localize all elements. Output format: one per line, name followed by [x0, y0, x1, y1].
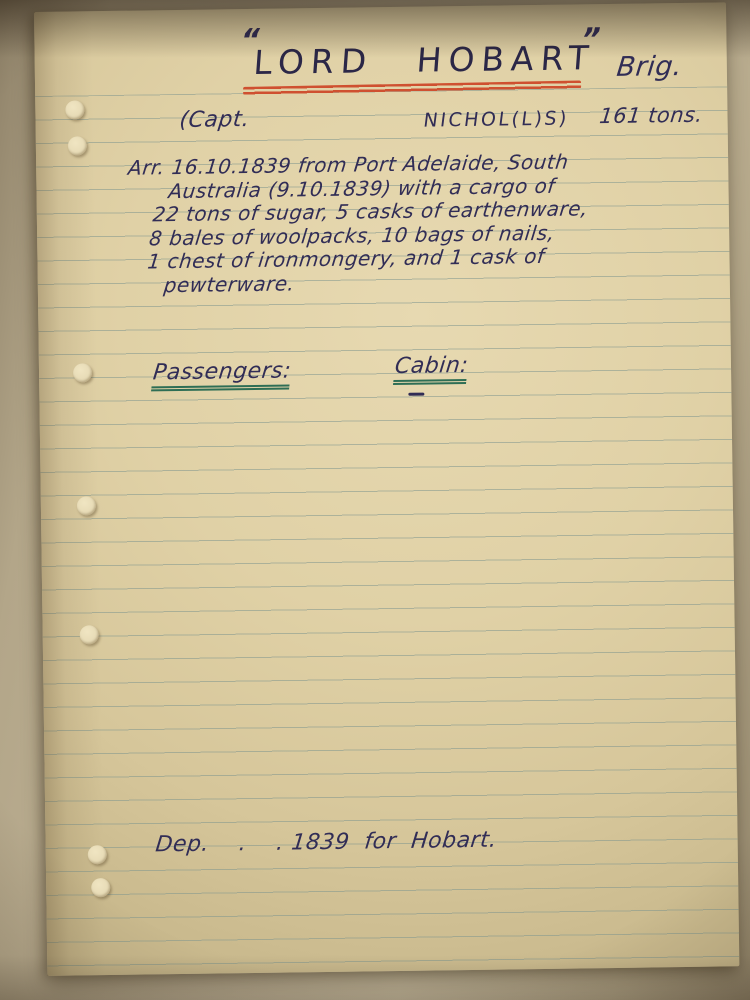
cabin-dash: [408, 393, 424, 396]
captain-name: NICHOL(L)S): [422, 108, 570, 132]
rig-type-label: Brig.: [615, 51, 684, 83]
captain-prefix-label: (Capt.: [178, 107, 251, 133]
passengers-heading: Passengers:: [152, 358, 293, 385]
passengers-heading-text: Passengers:: [151, 358, 292, 391]
arrival-paragraph: Arr. 16.10.1839 from Port Adelaide, Sout…: [34, 2, 726, 12]
title-close-quote: ”: [576, 22, 604, 57]
cabin-heading: Cabin:: [394, 353, 470, 379]
notebook-page: “ LORD HOBART ” Brig. (Capt. NICHOL(L)S)…: [34, 2, 739, 976]
ship-name-title: LORD HOBART: [252, 38, 597, 82]
tonnage-label: 161 tons.: [598, 103, 704, 128]
departure-line: Dep. . . 1839 for Hobart.: [154, 828, 498, 858]
photo-background: “ LORD HOBART ” Brig. (Capt. NICHOL(L)S)…: [0, 0, 750, 1000]
arrival-line: pewterware.: [163, 272, 296, 297]
cabin-heading-text: Cabin:: [393, 353, 470, 385]
